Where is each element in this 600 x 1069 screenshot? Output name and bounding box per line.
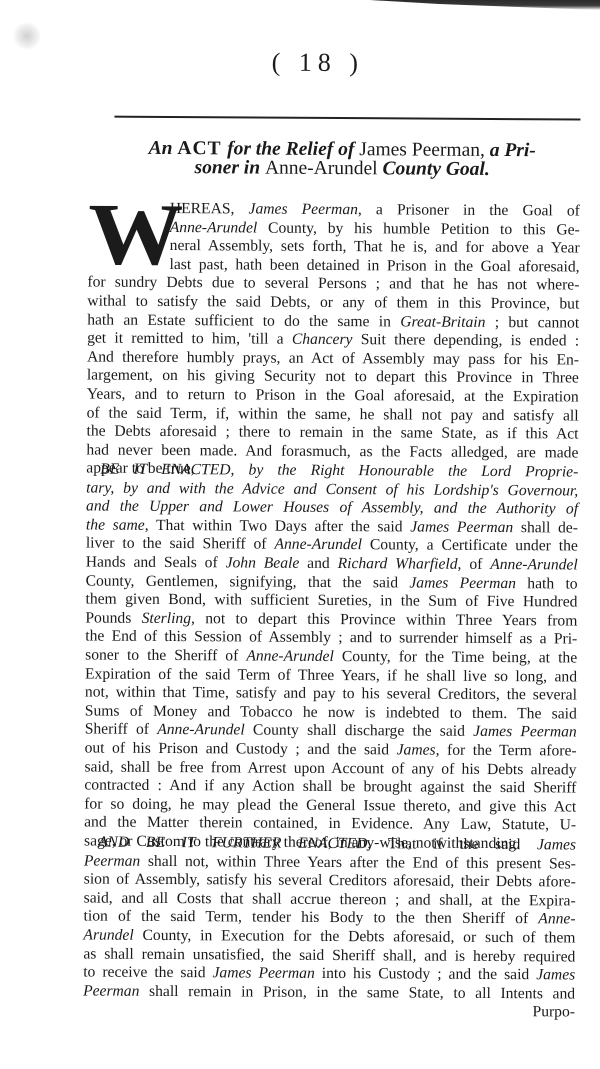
italic-text: Peerman [84,852,140,869]
text-run: out of his Prison and Custody ; and the … [85,739,397,758]
text-run: soner to the Sheriff of [85,646,246,664]
italic-text: tary, by and with the Advice and Consent… [86,479,578,499]
text-run: liver to the said Sheriff of [86,535,275,553]
text-run: to receive the said [83,964,212,982]
italic-text: Sterling [142,610,191,627]
italic-text: the same [86,516,145,533]
italic-text: BE IT ENACTED, by the Right Honourable t… [100,461,578,481]
text-run: Suit there depending, is ended : [352,331,579,349]
text-run: County, by his humble Petition to this G… [257,219,580,238]
text-run: Anne-Arundel [265,157,383,179]
text-run: ; but cannot [485,314,579,332]
text-run: Years, and to return to Prison in the Go… [87,385,579,405]
text-run: sion of Assembly, satisfy his several Cr… [84,871,576,891]
text-run: and the Matter therein contained, in Evi… [84,814,576,834]
text-run: get it remitted to him, 'till a [87,330,292,348]
italic-text: Chancery [292,331,353,348]
text-run: County, for the Time being, at the [334,648,577,666]
italic-text: James Peerman [410,518,513,536]
text-run: , That if the said [367,835,537,853]
page-number: ( 18 ) [3,46,600,80]
text-run: shall de- [513,519,578,536]
text-run: , a Prisoner in the Goal of [358,201,580,219]
text-run: last past, hath been detained in Prison … [170,256,580,276]
text-run: , of [458,556,491,573]
italic-text: Anne-Arundel [157,721,245,739]
italic-text: Peerman [83,982,139,999]
text-run: them given Bond, with sufficient Suretie… [85,591,577,611]
text-run: shall not, within Three Years after the … [140,852,576,872]
italic-text: An [149,138,178,159]
italic-text: in [244,157,265,178]
italic-text: James Peerman [473,723,577,741]
text-run: , That within Two Days after the said [145,517,411,536]
italic-text: John Beale [226,554,300,571]
italic-text: Great-Britain [400,313,485,331]
italic-text: James Peerman [409,574,516,592]
italic-text: Anne-Arundel [170,219,258,237]
italic-text: Anne-Arundel [490,556,578,574]
preamble-paragraph: HEREAS, James Peerman, a Prisoner in the… [86,200,580,482]
text-run: the End of this Session of Assembly ; an… [85,628,577,648]
italic-text: AND BE IT FURTHER ENACTED [98,834,368,853]
act-title: An ACT for the Relief of James Peerman, … [97,137,587,177]
text-run: into his Custody ; and the said [315,965,537,983]
text-run: hath to [516,575,578,592]
text-run: not, within that Time, satisfy and pay t… [85,684,577,704]
text-line: Peerman shall remain in Prison, in the s… [83,982,575,1004]
further-enacting-paragraph: AND BE IT FURTHER ENACTED, That if the s… [83,834,576,1023]
italic-text: James Peerman [212,964,314,982]
text-run: of the said Term, if, within the same, h… [87,404,579,424]
text-run: Sums of Money and Tobacco he now is inde… [85,702,577,722]
italic-text: James [536,966,575,983]
italic-text: Richard Wharfield [338,555,458,573]
header-rule [114,116,580,121]
catchword: Purpo- [83,1001,575,1023]
italic-text: Anne-Arundel [274,536,362,554]
text-run: neral Assembly, sets forth, That he is, … [170,237,580,257]
text-run: hath an Estate sufficient to do the same… [87,311,400,330]
text-run: said, and all Costs that shall accrue th… [84,889,576,909]
text-run: and [299,555,337,572]
text-run: largement, on his giving Security not to… [87,367,579,387]
text-run: shall remain in Prison, in the same Stat… [139,983,575,1003]
text-run: County shall discharge the said [245,722,474,740]
italic-text: a Pri- [490,140,536,161]
italic-text: Arundel [83,926,133,943]
document-page: ( 18 ) An ACT for the Relief of James Pe… [0,0,600,1069]
text-run: Expiration of the said Term of Three Yea… [85,665,577,685]
title-line-1: An ACT for the Relief of James Peerman, … [97,137,587,159]
text-run: contracted : And if any Action shall be … [84,777,576,797]
text-run: And therefore humbly prays, an Act of As… [87,348,579,368]
text-run: had never been made. And forasmuch, as t… [86,441,578,461]
text-run: County, Gentlemen, signifying, that the … [86,572,410,591]
text-run: for so doing, he may plead the General I… [84,795,576,815]
text-run: for sundry Debts due to several Persons … [87,274,579,294]
text-run: HEREAS, [170,200,249,217]
text-run: said, shall be free from Arrest upon Acc… [84,758,576,778]
text-run: , not to depart this Province within Thr… [191,610,577,629]
italic-text: soner [194,157,243,178]
text-run: County, in Execution for the Debts afore… [134,927,576,947]
text-run: tion of the said Term, tender his Body t… [84,908,539,928]
text-run: Sheriff of [85,721,158,738]
text-run: Hands and Seals of [86,553,226,571]
enacting-paragraph: BE IT ENACTED, by the Right Honourable t… [84,461,578,854]
italic-text: James Peerman [249,200,358,218]
text-run: , for the Term afore- [436,742,577,760]
text-run: the Debts aforesaid ; there to remain in… [86,423,578,443]
text-run: withal to satisfy the said Debts, or any… [87,292,579,312]
italic-text: and the Upper and Lower Houses of Assemb… [86,498,578,518]
text-run: County, a Certificate under the [362,537,578,555]
italic-text: County Goal. [382,158,489,180]
italic-text: Anne- [538,911,575,928]
italic-text: James [537,836,576,853]
italic-text: Anne-Arundel [246,647,334,665]
text-run: Pounds [85,609,141,626]
italic-text: James [397,741,436,758]
text-run: as shall remain unsatisfied, the said Sh… [83,945,575,965]
